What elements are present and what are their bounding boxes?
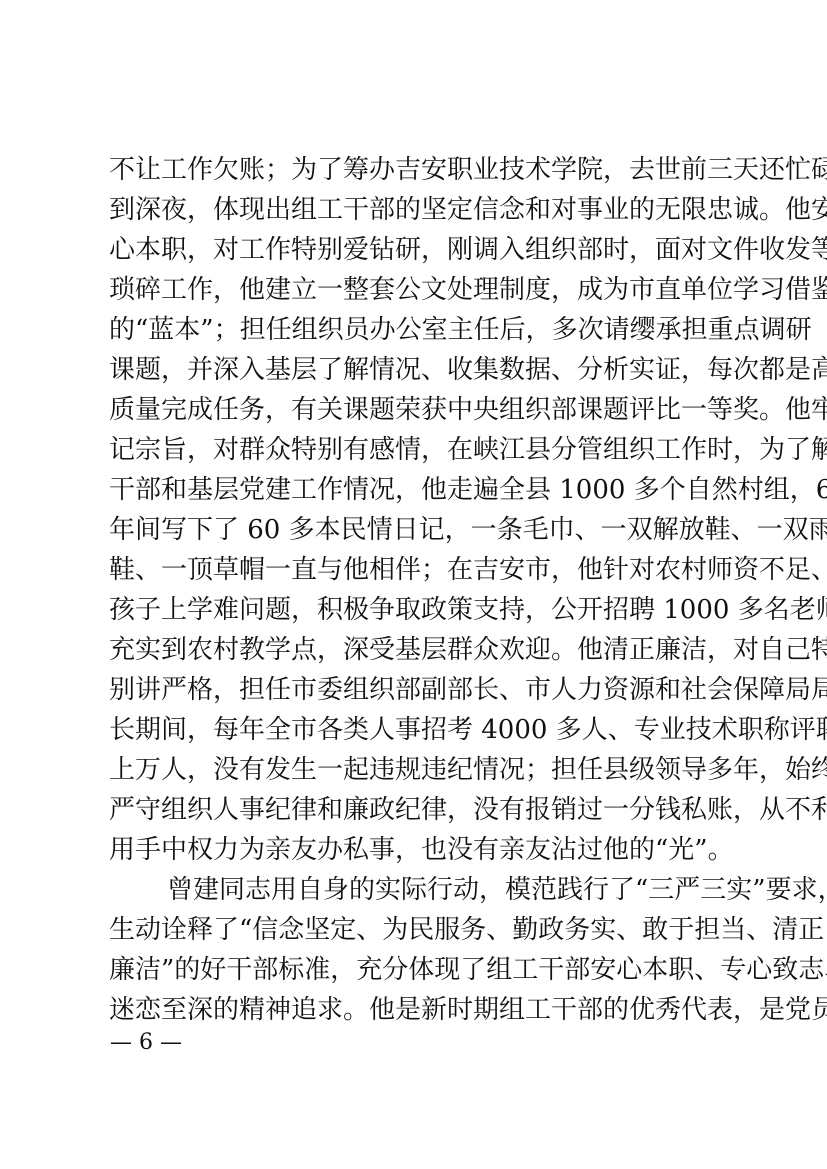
text-line: 质量完成任务，有关课题荣获中央组织部课题评比一等奖。他牢 bbox=[109, 390, 725, 430]
text-line: 生动诠释了“信念坚定、为民服务、勤政务实、敢于担当、清正 bbox=[109, 910, 725, 950]
paragraph-start-line: 曾建同志用自身的实际行动，模范践行了“三严三实”要求， bbox=[109, 870, 725, 910]
body-text: 不让工作欠账；为了筹办吉安职业技术学院，去世前三天还忙碌 到深夜，体现出组工干部… bbox=[109, 150, 725, 1030]
text-line: 到深夜，体现出组工干部的坚定信念和对事业的无限忠诚。他安 bbox=[109, 190, 725, 230]
text-line: 孩子上学难问题，积极争取政策支持，公开招聘 1000 多名老师 bbox=[109, 590, 725, 630]
text-line: 别讲严格，担任市委组织部副部长、市人力资源和社会保障局局 bbox=[109, 670, 725, 710]
text-line: 记宗旨，对群众特别有感情，在峡江县分管组织工作时，为了解 bbox=[109, 430, 725, 470]
text-line: 的“蓝本”；担任组织员办公室主任后，多次请缨承担重点调研 bbox=[109, 310, 725, 350]
text-line: 年间写下了 60 多本民情日记，一条毛巾、一双解放鞋、一双雨 bbox=[109, 510, 725, 550]
text-line: 鞋、一顶草帽一直与他相伴；在吉安市，他针对农村师资不足、 bbox=[109, 550, 725, 590]
page-number: — 6 — bbox=[110, 1030, 182, 1055]
text-line: 课题，并深入基层了解情况、收集数据、分析实证，每次都是高 bbox=[109, 350, 725, 390]
paragraph-end-line: 用手中权力为亲友办私事，也没有亲友沾过他的“光”。 bbox=[109, 830, 725, 870]
text-line: 上万人，没有发生一起违规违纪情况；担任县级领导多年，始终 bbox=[109, 750, 725, 790]
text-line: 琐碎工作，他建立一整套公文处理制度，成为市直单位学习借鉴 bbox=[109, 270, 725, 310]
text-line: 长期间，每年全市各类人事招考 4000 多人、专业技术职称评聘 bbox=[109, 710, 725, 750]
document-page: 不让工作欠账；为了筹办吉安职业技术学院，去世前三天还忙碌 到深夜，体现出组工干部… bbox=[0, 0, 827, 1169]
text-line: 迷恋至深的精神追求。他是新时期组工干部的优秀代表，是党员 bbox=[109, 990, 725, 1030]
text-line: 充实到农村教学点，深受基层群众欢迎。他清正廉洁，对自己特 bbox=[109, 630, 725, 670]
text-line: 心本职，对工作特别爱钻研，刚调入组织部时，面对文件收发等 bbox=[109, 230, 725, 270]
text-line: 不让工作欠账；为了筹办吉安职业技术学院，去世前三天还忙碌 bbox=[109, 150, 725, 190]
text-line: 严守组织人事纪律和廉政纪律，没有报销过一分钱私账，从不利 bbox=[109, 790, 725, 830]
text-line: 干部和基层党建工作情况，他走遍全县 1000 多个自然村组，6 bbox=[109, 470, 725, 510]
text-line: 廉洁”的好干部标准，充分体现了组工干部安心本职、专心致志、 bbox=[109, 950, 725, 990]
